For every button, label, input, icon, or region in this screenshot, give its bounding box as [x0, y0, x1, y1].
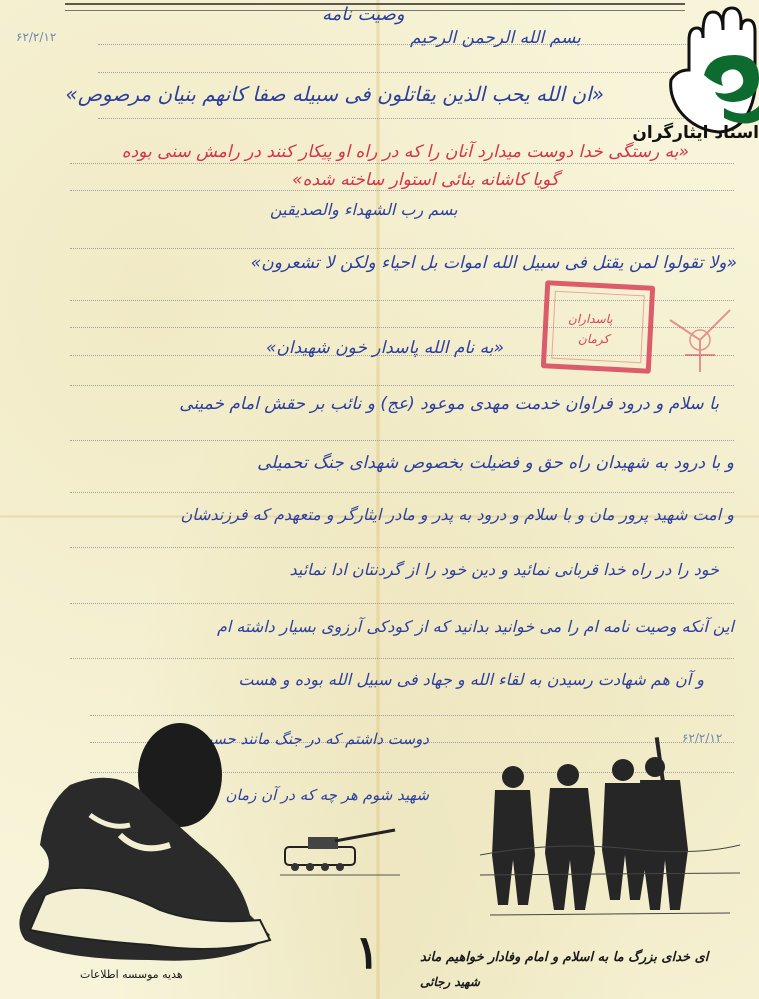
date-top: ۶۲/۲/۱۲	[16, 30, 56, 44]
left-caption: هدیه موسسه اطلاعات	[80, 968, 183, 981]
right-caption: ای خدای بزرگ ما به اسلام و امام وفادار خ…	[420, 950, 708, 965]
seated-figure-illustration	[0, 705, 290, 975]
tank-illustration	[280, 825, 400, 880]
ruled-line	[70, 547, 734, 548]
body-line-4: خود را در راه خدا قربانی نمائید و دین خو…	[289, 560, 719, 579]
ruled-line	[70, 385, 734, 386]
translation-line-2: گویا کاشانه بنائی استوار ساخته شده»	[292, 170, 559, 190]
page-number: ۱	[355, 925, 380, 979]
salutation-line: «به نام الله پاسدار خون شهیدان»	[266, 338, 504, 358]
ruled-line	[70, 603, 734, 604]
ruled-line	[70, 248, 734, 249]
bismillah: بسم الله الرحمن الرحیم	[410, 28, 581, 48]
logo-text: اسناد ایثارگران	[632, 123, 759, 143]
right-attribution: شهید رجائی	[420, 975, 480, 989]
body-line-1: با سلام و درود فراوان خدمت مهدی موعود (ع…	[179, 394, 719, 414]
body-line-6: و آن هم شهادت رسیدن به لقاء الله و جهاد …	[238, 670, 704, 689]
ruled-line	[70, 190, 734, 191]
verse-line-1: «ان الله یحب الذین یقاتلون فی سبیله صفا …	[65, 82, 604, 106]
stamp-emblem-icon	[660, 300, 740, 380]
body-line-5: این آنکه وصیت نامه ام را می خوانید بدانی…	[217, 617, 734, 636]
body-line-3: و امت شهید پرور مان و با سلام و درود به …	[181, 505, 735, 524]
soldiers-illustration	[480, 735, 740, 925]
ruled-line	[70, 440, 734, 441]
verse-line-2: «ولا تقولوا لمن یقتل فی سبیل الله اموات …	[251, 253, 737, 273]
translation-line-1: «به رستگی خدا دوست میدارد آنان را که در …	[122, 142, 689, 162]
stamp-text-2: کرمان	[578, 332, 609, 346]
ruled-line	[98, 118, 734, 119]
stamp-text-1: پاسداران	[568, 312, 613, 326]
ruled-line	[98, 72, 734, 73]
dedication-line: بسم رب الشهداء والصدیقین	[270, 200, 458, 219]
stamp-inner-border	[551, 291, 644, 364]
letter-page: وصیت نامه ۶۲/۲/۱۲ بسم الله الرحمن الرحیم…	[0, 0, 759, 999]
stamp	[541, 280, 655, 374]
ruled-line	[70, 163, 734, 164]
letter-title: وصیت نامه	[322, 4, 405, 25]
ruled-line	[70, 492, 734, 493]
body-line-2: و با درود به شهیدان راه حق و فضیلت بخصوص…	[257, 453, 734, 473]
ruled-line	[70, 658, 734, 659]
